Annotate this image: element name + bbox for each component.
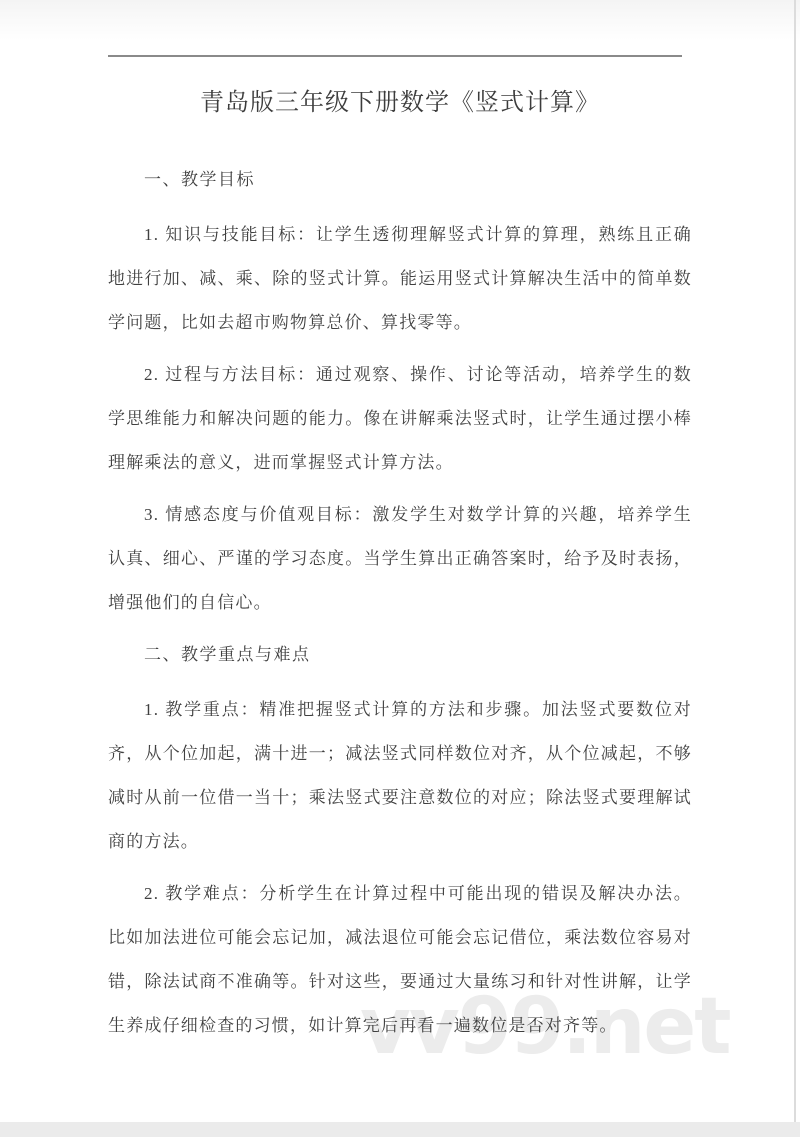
document-title: 青岛版三年级下册数学《竖式计算》 bbox=[0, 82, 800, 117]
header-rule bbox=[108, 55, 682, 57]
document-page: 青岛版三年级下册数学《竖式计算》 vv99.net 一、教学目标 1. 知识与技… bbox=[0, 0, 800, 1137]
paragraph-teaching-difficult-point: 2. 教学难点：分析学生在计算过程中可能出现的错误及解决办法。比如加法进位可能会… bbox=[108, 872, 692, 1048]
document-body: 一、教学目标 1. 知识与技能目标：让学生透彻理解竖式计算的算理，熟练且正确地进… bbox=[108, 158, 692, 1056]
paragraph-emotion-attitude-goal: 3. 情感态度与价值观目标：激发学生对数学计算的兴趣，培养学生认真、细心、严谨的… bbox=[108, 493, 692, 625]
paragraph-knowledge-skill-goal: 1. 知识与技能目标：让学生透彻理解竖式计算的算理，熟练且正确地进行加、减、乘、… bbox=[108, 213, 692, 345]
scan-edge-gradient bbox=[0, 0, 800, 40]
paragraph-process-method-goal: 2. 过程与方法目标：通过观察、操作、讨论等活动，培养学生的数学思维能力和解决问… bbox=[108, 353, 692, 485]
section-heading-teaching-goals: 一、教学目标 bbox=[108, 158, 692, 202]
paragraph-teaching-key-point: 1. 教学重点：精准把握竖式计算的方法和步骤。加法竖式要数位对齐，从个位加起，满… bbox=[108, 688, 692, 864]
page-right-edge bbox=[794, 0, 796, 1122]
section-heading-key-difficult-points: 二、教学重点与难点 bbox=[108, 633, 692, 677]
page-bottom-edge bbox=[0, 1122, 800, 1137]
